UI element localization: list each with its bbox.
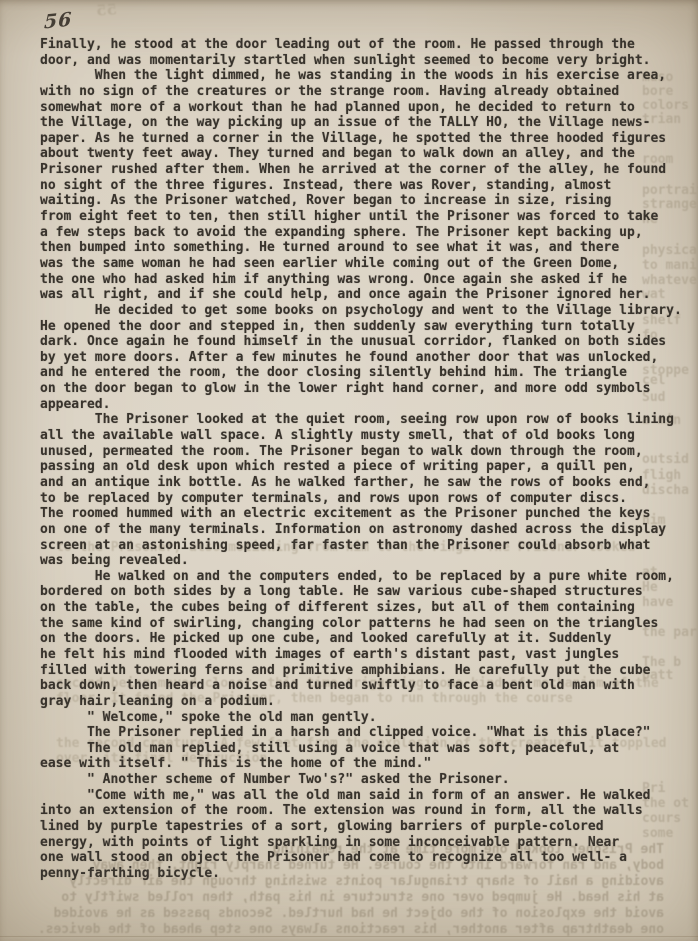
text-line: the same kind of swirling, changing colo… xyxy=(40,616,682,632)
text-line: lined by purple tapestries of a sort, gl… xyxy=(40,819,682,835)
text-line: "Come with me," was all the old man said… xyxy=(40,788,682,804)
reverse-page-number-bleed: 55 xyxy=(95,0,117,19)
text-line: with no sign of the creatures or the str… xyxy=(40,84,682,100)
text-line: on one of the many terminals. Informatio… xyxy=(40,522,682,538)
text-line: He opened the door and stepped in, then … xyxy=(40,319,682,335)
text-line: about twenty feet away. They turned and … xyxy=(40,146,682,162)
text-line: and he entered the room, the door closin… xyxy=(40,365,682,381)
text-line: filled with towering ferns and primitive… xyxy=(40,663,682,679)
text-line: ease with itself. " This is the home of … xyxy=(40,756,682,772)
text-line: door, and was momentarily startled when … xyxy=(40,53,682,69)
text-line: all the available wall space. A slightly… xyxy=(40,428,682,444)
text-line: " Welcome," spoke the old man gently. xyxy=(40,710,682,726)
text-line: from eight feet to ten, then still highe… xyxy=(40,209,682,225)
text-line: The Prisoner looked at the quiet room, s… xyxy=(40,412,682,428)
text-line: the Village, on the way picking up an is… xyxy=(40,115,682,131)
text-line: dark. Once again he found himself in the… xyxy=(40,334,682,350)
text-line: no sight of the three figures. Instead, … xyxy=(40,178,682,194)
scanned-typescript-page: 55 to the Prisoner, also motioning from … xyxy=(0,0,698,941)
text-line: passing an old desk upon which rested a … xyxy=(40,459,682,475)
text-line: back down, then heard a noise and turned… xyxy=(40,678,682,694)
text-line: to be replaced by computer terminals, an… xyxy=(40,491,682,507)
text-line: was being revealed. xyxy=(40,553,682,569)
text-line: gray hair,leaning on a podium. xyxy=(40,694,682,710)
text-line: He decided to get some books on psycholo… xyxy=(40,303,682,319)
text-line: The roomed hummed with an electric excit… xyxy=(40,506,682,522)
text-line: appeared. xyxy=(40,397,682,413)
text-line: Finally, he stood at the door leading ou… xyxy=(40,37,682,53)
text-line: a few steps back to avoid the expanding … xyxy=(40,225,682,241)
text-line: into an extension of the room. The exten… xyxy=(40,803,682,819)
text-line: The old man replied, still using a voice… xyxy=(40,741,682,757)
text-line: he felt his mind flooded with images of … xyxy=(40,647,682,663)
text-line: was all right, and if she could help, an… xyxy=(40,287,682,303)
text-line: screen at an astonishing speed, far fast… xyxy=(40,538,682,554)
text-line: on the table, the cubes being of differe… xyxy=(40,600,682,616)
page-number: 56 xyxy=(44,8,73,33)
text-line: bordered on both sides by a long table. … xyxy=(40,584,682,600)
text-line: He walked on and the computers ended, to… xyxy=(40,569,682,585)
text-line: unused, permeated the room. The Prisoner… xyxy=(40,444,682,460)
bleed-text-line: avoid the explosion of the object he had… xyxy=(34,906,664,922)
text-line: energy, with points of light sparkling i… xyxy=(40,835,682,851)
bleed-text-line: at his head. He jumped over one structur… xyxy=(34,890,664,906)
text-line: and an antique ink bottle. As he walked … xyxy=(40,475,682,491)
text-line: paper. As he turned a corner in the Vill… xyxy=(40,131,682,147)
text-line: on the door began to glow in the lower r… xyxy=(40,381,682,397)
typescript-text: Finally, he stood at the door leading ou… xyxy=(40,37,682,882)
text-line: by yet more doors. After a few minutes h… xyxy=(40,350,682,366)
text-line: waiting. As the Prisoner watched, Rover … xyxy=(40,193,682,209)
text-line: The Prisoner replied in a harsh and clip… xyxy=(40,725,682,741)
text-line: was the same woman he had seen earlier w… xyxy=(40,256,682,272)
text-line: one wall stood an object the Prisoner ha… xyxy=(40,850,682,866)
bottom-crease-line xyxy=(0,936,698,937)
text-line: on the doors. He picked up one cube, and… xyxy=(40,631,682,647)
text-line: Prisoner rushed after them. When he arri… xyxy=(40,162,682,178)
text-line: somewhat more of a workout than he had p… xyxy=(40,100,682,116)
text-line: the one who had asked him if anything wa… xyxy=(40,272,682,288)
text-line: penny-farthing bicycle. xyxy=(40,866,682,882)
text-line: then bumped into something. He turned ar… xyxy=(40,240,682,256)
text-line: " Another scheme of Number Two's?" asked… xyxy=(40,772,682,788)
text-line: When the light dimmed, he was standing i… xyxy=(40,68,682,84)
